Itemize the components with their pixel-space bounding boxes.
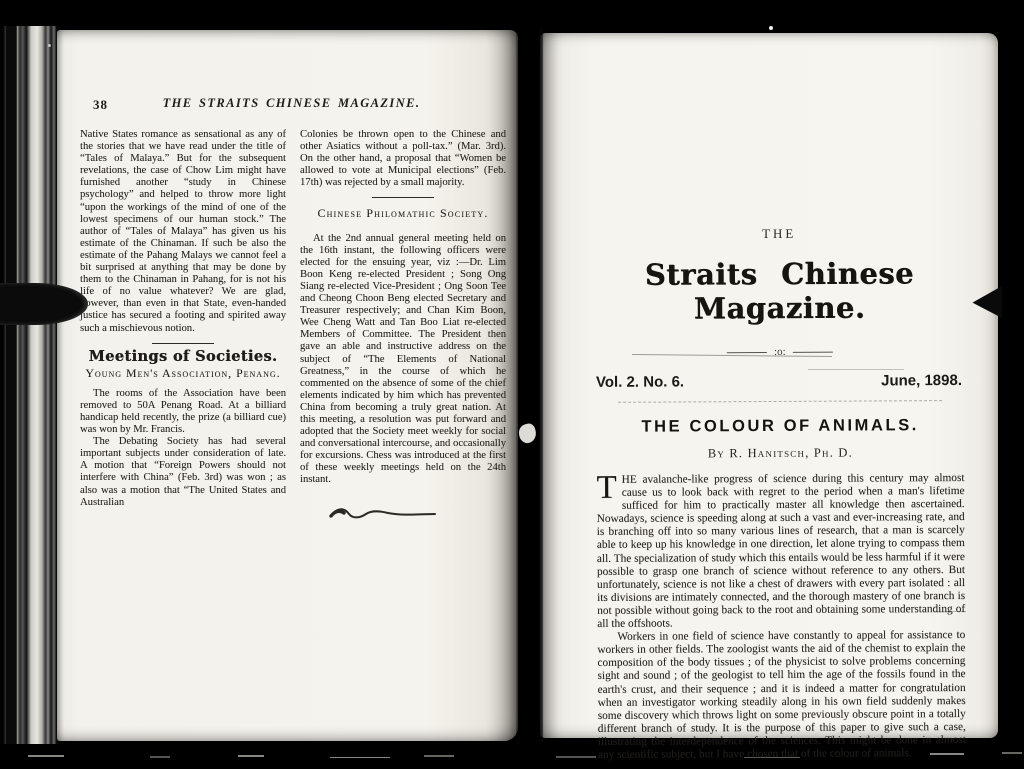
ornament-glyph: :o: [774, 346, 786, 358]
article-byline: By R. Hanitsch, Ph. D. [596, 445, 964, 462]
left-page: 38 THE STRAITS CHINESE MAGAZINE. Native … [57, 30, 518, 741]
table-reflection-streak [330, 757, 390, 758]
running-title: THE STRAITS CHINESE MAGAZINE. [77, 96, 506, 111]
section-divider-rule [372, 197, 434, 198]
right-page-content: THE Straits Chinese Magazine. :o: Vol. 2… [538, 32, 1000, 739]
column-2: Colonies be thrown open to the Chinese a… [300, 129, 506, 525]
paragraph: Workers in one field of science have con… [597, 629, 966, 762]
drop-cap: T [596, 474, 621, 501]
column-1: Native States romance as sensational as … [80, 129, 286, 525]
left-page-header: 38 THE STRAITS CHINESE MAGAZINE. [77, 96, 506, 116]
table-reflection-streak [28, 755, 64, 757]
page-number: 38 [93, 97, 108, 113]
section-heading-meetings-of-societies: Meetings of Societies. [80, 351, 286, 363]
table-reflection-streak [424, 755, 454, 757]
issue-date: June, 1898. [881, 372, 962, 389]
dust-speck [48, 44, 51, 47]
paragraph: The Debating Society has had several imp… [80, 436, 286, 509]
book-scan-photo: 38 THE STRAITS CHINESE MAGAZINE. Native … [0, 0, 1024, 769]
paragraph-text: HE avalanche-like progress of science du… [597, 472, 966, 630]
paragraph: The rooms of the Association have been r… [80, 388, 286, 436]
table-reflection-streak [1002, 752, 1022, 754]
volume-number: Vol. 2. No. 6. [596, 373, 684, 390]
masthead-ornament: :o: [596, 345, 964, 359]
section-divider-rule [152, 343, 214, 344]
subheading-young-mens-association: Young Men's Association, Penang. [80, 367, 286, 379]
paragraph: Colonies be thrown open to the Chinese a… [300, 129, 506, 189]
table-reflection-streak [556, 756, 596, 758]
paragraph: At the 2nd annual general meeting held o… [300, 233, 506, 487]
table-reflection-streak [238, 755, 264, 757]
masthead-the: THE [595, 225, 963, 243]
faint-divider-rule [618, 400, 942, 403]
issue-info-row: Vol. 2. No. 6. June, 1898. [596, 372, 964, 391]
masthead-title: Straits Chinese Magazine. [595, 256, 963, 326]
paragraph: THE avalanche-like progress of science d… [596, 472, 965, 631]
ornament-rule-right [793, 351, 833, 352]
page-stack-edges [0, 26, 60, 744]
section-heading-chinese-philomathic-society: Chinese Philomathic Society. [300, 207, 506, 219]
paragraph: Native States romance as sensational as … [80, 129, 286, 335]
book-spine-gutter [516, 28, 543, 742]
article-body: THE avalanche-like progress of science d… [596, 472, 966, 762]
two-column-layout: Native States romance as sensational as … [77, 129, 506, 525]
dust-speck [769, 26, 773, 30]
tailpiece-flourish-icon [328, 505, 438, 525]
ornament-rule-left [727, 352, 767, 353]
left-page-content: 38 THE STRAITS CHINESE MAGAZINE. Native … [57, 30, 518, 741]
article-title: THE COLOUR OF ANIMALS. [596, 416, 964, 437]
table-reflection-streak [150, 756, 170, 758]
right-page: THE Straits Chinese Magazine. :o: Vol. 2… [540, 33, 998, 738]
